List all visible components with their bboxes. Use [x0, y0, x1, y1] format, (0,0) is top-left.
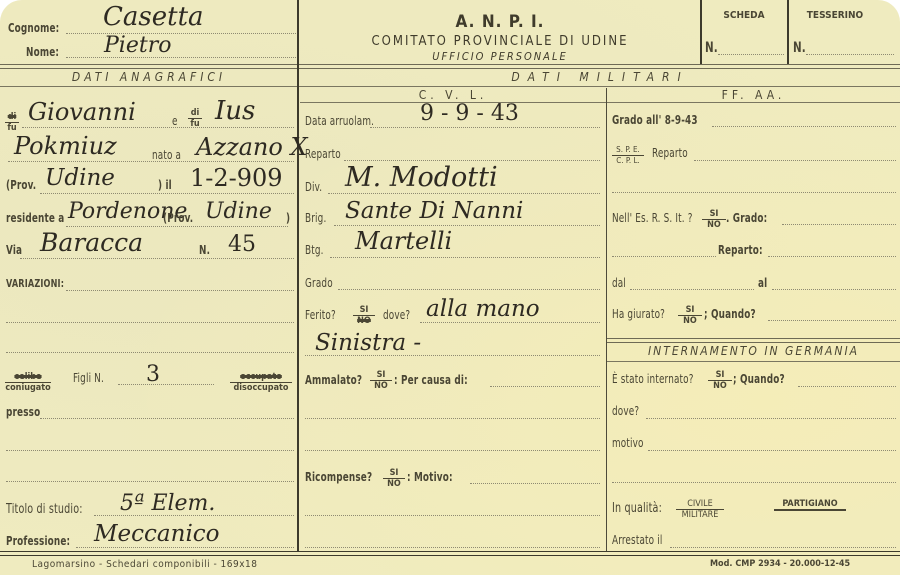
- line: [118, 384, 214, 385]
- presso-line[interactable]: [40, 418, 294, 419]
- professione-value[interactable]: Meccanico: [94, 521, 220, 547]
- grado-8-9-43-label: Grado all' 8-9-43: [612, 113, 698, 127]
- line: [334, 225, 600, 226]
- tesserino-n-label: N.: [793, 40, 806, 56]
- nato-label: nato a: [152, 148, 181, 162]
- rule: [0, 86, 900, 87]
- reparto-label: Reparto: [305, 147, 341, 161]
- reparto-field[interactable]: [694, 160, 896, 161]
- cvl-title: C. V. L.: [300, 88, 606, 102]
- variazioni-line[interactable]: [6, 352, 294, 353]
- line: [40, 193, 294, 194]
- dove-value[interactable]: alla mano: [426, 296, 540, 322]
- line: [330, 257, 600, 258]
- grado2-label: . Grado:: [726, 211, 767, 225]
- bottom-rule: [0, 551, 900, 556]
- div-label: Div.: [305, 180, 322, 194]
- line: [420, 322, 600, 323]
- internato-quando-label: ; Quando?: [733, 372, 785, 386]
- nome-value[interactable]: Pietro: [104, 33, 171, 58]
- quando-field[interactable]: [768, 320, 896, 321]
- madre-surname-value[interactable]: Pokmiuz: [14, 132, 117, 160]
- madre-value[interactable]: Ius: [215, 96, 255, 126]
- line: [305, 515, 600, 516]
- line: [370, 127, 600, 128]
- internato-dove-field[interactable]: [646, 418, 896, 419]
- column-divider: [606, 88, 607, 552]
- line: [6, 450, 294, 451]
- cognome-value[interactable]: Casetta: [103, 2, 204, 32]
- nome-line: [66, 57, 296, 58]
- internamento-title: INTERNAMENTO IN GERMANIA: [607, 344, 900, 358]
- presso-label: presso: [6, 405, 40, 419]
- line: [612, 192, 896, 193]
- scheda-n-label: N.: [705, 40, 718, 56]
- nome-label: Nome:: [26, 45, 59, 59]
- civile-militare[interactable]: CIVILE MILITARE: [676, 499, 724, 520]
- line: [22, 127, 294, 128]
- residente-label: residente a: [6, 211, 64, 225]
- prov2-label: (Prov.: [163, 211, 193, 225]
- line: [305, 547, 600, 548]
- line: [328, 193, 600, 194]
- per-causa-label: : Per causa di:: [394, 373, 468, 387]
- titolo-label: Titolo di studio:: [6, 502, 83, 517]
- reparto2-label: Reparto:: [718, 243, 763, 257]
- reparto-label: Reparto: [652, 146, 688, 160]
- rule: [607, 338, 900, 343]
- line: [612, 482, 896, 483]
- motivo-field[interactable]: [470, 483, 600, 484]
- data-arruolam-value[interactable]: 9 - 9 - 43: [420, 101, 519, 126]
- scheda-label: SCHEDA: [702, 10, 786, 21]
- line: [612, 256, 716, 257]
- per-causa-field[interactable]: [490, 386, 600, 387]
- madre-di-fu: di fu: [188, 108, 202, 129]
- grado-field[interactable]: [338, 289, 600, 290]
- tesserino-label: TESSERINO: [790, 10, 880, 21]
- internato-motivo-label: motivo: [612, 436, 644, 450]
- line: [66, 226, 288, 227]
- variazioni-line[interactable]: [6, 322, 294, 323]
- line: [6, 481, 294, 482]
- org-subtitle: COMITATO PROVINCIALE DI UDINE: [300, 34, 700, 49]
- e-label: e: [172, 114, 178, 128]
- stato-civile: celibe coniugato: [5, 372, 51, 393]
- rule: [607, 361, 900, 362]
- rsi-label: Nell' Es. R. S. It. ?: [612, 211, 693, 225]
- rsi-si-no[interactable]: SI NO: [702, 209, 726, 230]
- line: [94, 515, 294, 516]
- al-field[interactable]: [772, 289, 896, 290]
- printer-imprint: Lagomarsino - Schedari componibili - 169…: [32, 559, 257, 570]
- arrestato-label: Arrestato il: [612, 533, 662, 547]
- office-title: UFFICIO PERSONALE: [300, 50, 700, 63]
- dati-militari-title: DATI MILITARI: [300, 70, 900, 84]
- ricompense-si-no[interactable]: SI NO: [383, 468, 405, 489]
- internato-dove-label: dove?: [612, 404, 639, 418]
- ferito-si-no[interactable]: SI NO: [353, 305, 375, 326]
- line: [305, 355, 600, 356]
- ammalato-label: Ammalato?: [305, 373, 362, 387]
- internato-quando-field[interactable]: [798, 386, 896, 387]
- al-label: al: [758, 276, 767, 290]
- btg-value[interactable]: Martelli: [355, 227, 452, 255]
- rule: [300, 102, 900, 103]
- ammalato-si-no[interactable]: SI NO: [370, 370, 392, 391]
- grado-field[interactable]: [712, 126, 896, 127]
- grado-label: Grado: [305, 276, 333, 290]
- grado2-field[interactable]: [782, 224, 896, 225]
- padre-value[interactable]: Giovanni: [28, 98, 136, 126]
- ricompense-label: Ricompense?: [305, 470, 372, 484]
- birth-date-value[interactable]: 1-2-909: [190, 164, 283, 192]
- internato-motivo-field[interactable]: [648, 450, 896, 451]
- cognome-label: Cognome:: [8, 21, 59, 35]
- brig-label: Brig.: [305, 211, 326, 225]
- line: [8, 161, 294, 162]
- prov2-close: ): [286, 211, 290, 225]
- reparto2-field[interactable]: [768, 256, 896, 257]
- prov-value[interactable]: Udine: [45, 165, 115, 191]
- divider: [787, 0, 789, 64]
- model-imprint: Mod. CMP 2934 - 20.000-12-45: [710, 559, 850, 569]
- prov2-value[interactable]: Udine: [205, 199, 272, 224]
- dati-anagrafici-title: DATI ANAGRAFICI: [0, 70, 298, 84]
- brig-value[interactable]: Sante Di Nanni: [345, 198, 523, 224]
- motivo-label: : Motivo:: [407, 470, 453, 484]
- internato-label: È stato internato?: [612, 372, 694, 386]
- btg-label: Btg.: [305, 243, 324, 257]
- spe-cpl[interactable]: S. P. E. C. P. L.: [612, 145, 644, 166]
- via-value[interactable]: Baracca: [40, 228, 143, 257]
- nato-value[interactable]: Azzano X: [196, 133, 308, 161]
- occupazione: occupato disoccupato: [230, 372, 292, 393]
- dal-field[interactable]: [630, 289, 754, 290]
- line: [76, 547, 294, 548]
- main-divider: [297, 0, 299, 552]
- cognome-line: [66, 33, 296, 34]
- quando-label: ; Quando?: [704, 307, 756, 321]
- tesserino-number-field[interactable]: [806, 54, 894, 55]
- anpi-personnel-card: Cognome: Casetta Nome: Pietro A. N. P. I…: [0, 0, 900, 575]
- ferito-label: Ferito?: [305, 308, 336, 322]
- giurato-si-no[interactable]: SI NO: [678, 305, 702, 326]
- il-label: ) il: [158, 178, 172, 192]
- line: [305, 418, 600, 419]
- giurato-label: Ha giurato?: [612, 307, 665, 321]
- div-value[interactable]: M. Modotti: [345, 162, 498, 193]
- line: [305, 450, 600, 451]
- org-title: A. N. P. I.: [300, 12, 700, 32]
- internato-si-no[interactable]: SI NO: [708, 370, 732, 391]
- titolo-value[interactable]: 5ª Elem.: [120, 491, 215, 516]
- partigiano-option[interactable]: PARTIGIANO: [774, 499, 846, 511]
- professione-label: Professione:: [6, 534, 70, 548]
- data-arruolam-label: Data arruolam.: [305, 114, 374, 128]
- via-label: Via: [6, 243, 22, 257]
- figli-label: Figli N.: [73, 371, 104, 385]
- scheda-number-field[interactable]: [718, 54, 784, 55]
- numero-value[interactable]: 45: [228, 232, 256, 257]
- ffaa-title: FF. AA.: [607, 88, 900, 102]
- header-rule: [0, 64, 900, 69]
- variazioni-label: VARIAZIONI:: [6, 277, 64, 290]
- reparto-field[interactable]: [344, 160, 600, 161]
- dove-value-2[interactable]: Sinistra -: [315, 330, 421, 356]
- dal-label: dal: [612, 276, 626, 290]
- numero-label: N.: [199, 243, 210, 257]
- padre-di-fu: di fu: [5, 112, 19, 133]
- prov-label: (Prov.: [6, 178, 36, 192]
- qualita-label: In qualità:: [612, 501, 662, 516]
- variazioni-line[interactable]: [66, 290, 294, 291]
- dove-label: dove?: [383, 308, 410, 322]
- line: [20, 258, 294, 259]
- arrestato-field[interactable]: [670, 547, 896, 548]
